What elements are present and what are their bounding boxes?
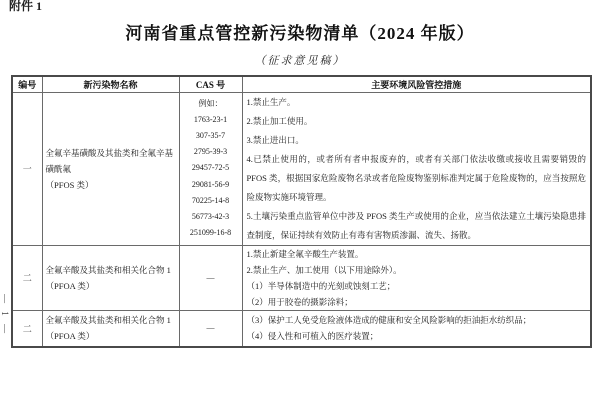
page-subtitle: （征求意见稿） (0, 52, 600, 68)
header-cell-cas: CAS 号 (179, 76, 242, 92)
cas-number-cell: — (179, 310, 242, 347)
cas-line: 1763-23-1 (180, 112, 242, 128)
measure-line: （4）侵入性和可植入的医疗装置； (247, 328, 587, 344)
measure-line: 1.禁止新建全氟辛酸生产装置。 (247, 246, 587, 262)
name-line: 全氟辛基磺酸及其盐类和全氟辛基磺酰氟 (46, 145, 176, 177)
table-row: 二全氟辛酸及其盐类和相关化合物 1（PFOA 类）—1.禁止新建全氟辛酸生产装置… (12, 245, 591, 310)
header-cell-measures: 主要环境风险管控措施 (242, 76, 591, 92)
row-number-cell: 一 (12, 92, 42, 245)
measure-line: 2.禁止生产、加工使用（以下用途除外）。 (247, 262, 587, 278)
measure-line: 1.禁止生产。 (247, 93, 587, 112)
table-row: 一全氟辛基磺酸及其盐类和全氟辛基磺酰氟（PFOS 类）例如：1763-23-13… (12, 92, 591, 245)
pollutant-name-cell: 全氟辛酸及其盐类和相关化合物 1（PFOA 类） (42, 245, 179, 310)
header-cell-number: 编号 (12, 76, 42, 92)
document-page: 附件 1 河南省重点管控新污染物清单（2024 年版） （征求意见稿） — 1 … (0, 0, 600, 400)
name-line: 全氟辛酸及其盐类和相关化合物 1 (46, 262, 176, 278)
page-number-marker: — 1 — (0, 294, 10, 336)
header-cell-pollutant-name: 新污染物名称 (42, 76, 179, 92)
cas-line: 70225-14-8 (180, 193, 242, 209)
measure-line: 4.已禁止使用的，或者所有者申报废弃的，或者有关部门依法收缴或接收且需要销毁的 … (247, 150, 587, 207)
table-row: 二全氟辛酸及其盐类和相关化合物 1（PFOA 类）—（3）保护工人免受危险液体造… (12, 310, 591, 347)
page-title: 河南省重点管控新污染物清单（2024 年版） (0, 19, 600, 44)
measure-line: 2.禁止加工使用。 (247, 112, 587, 131)
cas-line: 例如： (180, 96, 242, 112)
cas-line: 2795-39-3 (180, 144, 242, 160)
measures-cell: 1.禁止生产。2.禁止加工使用。3.禁止进出口。4.已禁止使用的，或者所有者申报… (242, 92, 591, 245)
pollutant-name-cell: 全氟辛酸及其盐类和相关化合物 1（PFOA 类） (42, 310, 179, 347)
name-line: 全氟辛酸及其盐类和相关化合物 1 (46, 312, 176, 328)
measures-cell: （3）保护工人免受危险液体造成的健康和安全风险影响的拒油拒水纺织品；（4）侵入性… (242, 310, 591, 347)
cas-line: 251099-16-8 (180, 225, 242, 241)
row-number-cell: 二 (12, 310, 42, 347)
measures-cell: 1.禁止新建全氟辛酸生产装置。2.禁止生产、加工使用（以下用途除外）。（1）半导… (242, 245, 591, 310)
name-line: （PFOA 类） (46, 328, 176, 344)
name-line: （PFOS 类） (46, 177, 176, 193)
cas-number-cell: 例如：1763-23-1307-35-72795-39-329457-72-52… (179, 92, 242, 245)
cas-line: 29081-56-9 (180, 177, 242, 193)
table-header-row: 编号 新污染物名称 CAS 号 主要环境风险管控措施 (12, 76, 591, 92)
name-line: （PFOA 类） (46, 278, 176, 294)
cas-line: 56773-42-3 (180, 209, 242, 225)
cas-line: 29457-72-5 (180, 160, 242, 176)
measure-line: （3）保护工人免受危险液体造成的健康和安全风险影响的拒油拒水纺织品； (247, 312, 587, 328)
attachment-label: 附件 1 (9, 0, 42, 14)
measure-line: 5.土壤污染重点监管单位中涉及 PFOS 类生产或使用的企业，应当依法建立土壤污… (247, 207, 587, 245)
row-number-cell: 二 (12, 245, 42, 310)
pollutants-table: 编号 新污染物名称 CAS 号 主要环境风险管控措施 一全氟辛基磺酸及其盐类和全… (11, 75, 592, 348)
table-body: 一全氟辛基磺酸及其盐类和全氟辛基磺酰氟（PFOS 类）例如：1763-23-13… (12, 92, 591, 347)
cas-line: — (180, 322, 242, 334)
measure-line: （2）用于胶卷的摄影涂料； (247, 294, 587, 310)
cas-line: 307-35-7 (180, 128, 242, 144)
cas-line: — (180, 272, 242, 284)
measure-line: （1）半导体制造中的光刻或蚀刻工艺； (247, 278, 587, 294)
pollutant-name-cell: 全氟辛基磺酸及其盐类和全氟辛基磺酰氟（PFOS 类） (42, 92, 179, 245)
cas-number-cell: — (179, 245, 242, 310)
measure-line: 3.禁止进出口。 (247, 131, 587, 150)
